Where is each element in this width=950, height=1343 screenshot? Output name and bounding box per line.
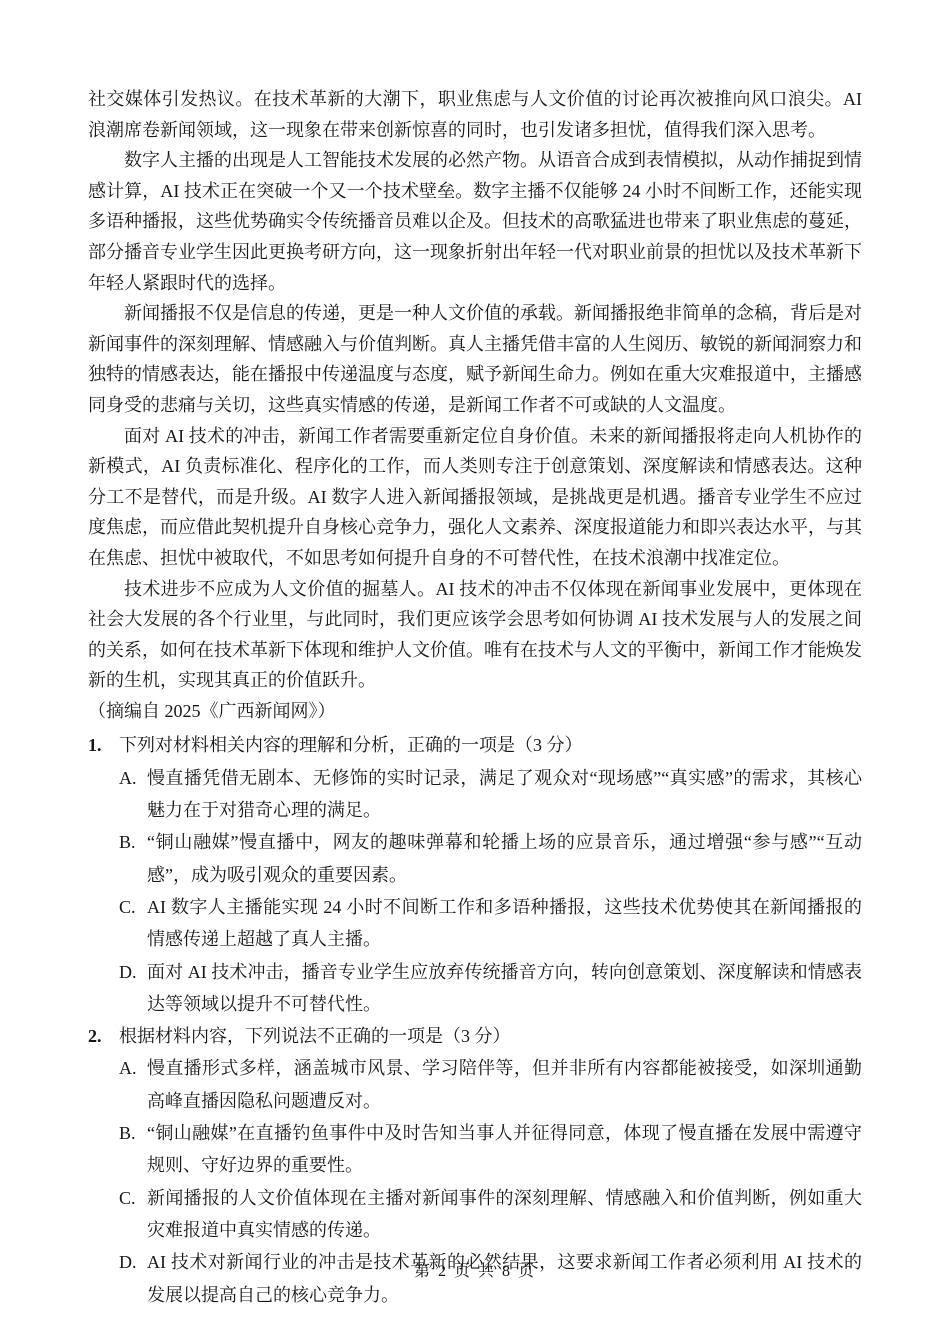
question-stem: 根据材料内容，下列说法不正确的一项是（3 分）: [119, 1020, 862, 1052]
question-2-stem-row: 2. 根据材料内容，下列说法不正确的一项是（3 分）: [88, 1020, 862, 1052]
option-text: AI 数字人主播能实现 24 小时不间断工作和多语种播报，这些技术优势使其在新闻…: [147, 891, 862, 956]
question-1-option-d: D. 面对 AI 技术冲击，播音专业学生应放弃传统播音方向，转向创意策划、深度解…: [88, 956, 862, 1021]
question-2-option-a: A. 慢直播形式多样，涵盖城市风景、学习陪伴等，但并非所有内容都能被接受，如深圳…: [88, 1052, 862, 1117]
question-1: 1. 下列对材料相关内容的理解和分析，正确的一项是（3 分） A. 慢直播凭借无…: [88, 729, 862, 1020]
option-text: 慢直播形式多样，涵盖城市风景、学习陪伴等，但并非所有内容都能被接受，如深圳通勤高…: [147, 1052, 862, 1117]
option-label: A.: [119, 762, 147, 827]
question-number: 2.: [88, 1020, 119, 1052]
option-text: 面对 AI 技术冲击，播音专业学生应放弃传统播音方向，转向创意策划、深度解读和情…: [147, 956, 862, 1021]
option-label: D.: [119, 956, 147, 1021]
question-2-option-c: C. 新闻播报的人文价值体现在主播对新闻事件的深刻理解、情感融入和价值判断，例如…: [88, 1182, 862, 1247]
page-footer: 第 2 页 共 8 页: [0, 1258, 950, 1281]
questions-section: 1. 下列对材料相关内容的理解和分析，正确的一项是（3 分） A. 慢直播凭借无…: [88, 729, 862, 1310]
passage-paragraph: 技术进步不应成为人文价值的掘墓人。AI 技术的冲击不仅体现在新闻事业发展中，更体…: [88, 574, 862, 696]
passage-paragraph: 面对 AI 技术的冲击，新闻工作者需要重新定位自身价值。未来的新闻播报将走向人机…: [88, 421, 862, 574]
reading-passage: 社交媒体引发热议。在技术革新的大潮下，职业焦虑与人文价值的讨论再次被推向风口浪尖…: [88, 84, 862, 726]
option-text: “铜山融媒”慢直播中，网友的趣味弹幕和轮播上场的应景音乐，通过增强“参与感”“互…: [147, 826, 862, 891]
option-text: 新闻播报的人文价值体现在主播对新闻事件的深刻理解、情感融入和价值判断，例如重大灾…: [147, 1182, 862, 1247]
option-label: C.: [119, 891, 147, 956]
question-1-option-a: A. 慢直播凭借无剧本、无修饰的实时记录，满足了观众对“现场感”“真实感”的需求…: [88, 762, 862, 827]
passage-attribution: （摘编自 2025《广西新闻网》）: [88, 696, 862, 727]
page-content: 社交媒体引发热议。在技术革新的大潮下，职业焦虑与人文价值的讨论再次被推向风口浪尖…: [88, 84, 862, 1311]
question-number: 1.: [88, 729, 119, 761]
option-label: B.: [119, 1117, 147, 1182]
question-2-option-b: B. “铜山融媒”在直播钓鱼事件中及时告知当事人并征得同意，体现了慢直播在发展中…: [88, 1117, 862, 1182]
passage-paragraph: 新闻播报不仅是信息的传递，更是一种人文价值的承载。新闻播报绝非简单的念稿，背后是…: [88, 298, 862, 420]
option-label: B.: [119, 826, 147, 891]
option-text: 慢直播凭借无剧本、无修饰的实时记录，满足了观众对“现场感”“真实感”的需求，其核…: [147, 762, 862, 827]
option-label: C.: [119, 1182, 147, 1247]
question-stem: 下列对材料相关内容的理解和分析，正确的一项是（3 分）: [119, 729, 862, 761]
question-1-option-b: B. “铜山融媒”慢直播中，网友的趣味弹幕和轮播上场的应景音乐，通过增强“参与感…: [88, 826, 862, 891]
question-1-stem-row: 1. 下列对材料相关内容的理解和分析，正确的一项是（3 分）: [88, 729, 862, 761]
option-label: A.: [119, 1052, 147, 1117]
passage-paragraph: 数字人主播的出现是人工智能技术发展的必然产物。从语音合成到表情模拟，从动作捕捉到…: [88, 145, 862, 298]
passage-paragraph: 社交媒体引发热议。在技术革新的大潮下，职业焦虑与人文价值的讨论再次被推向风口浪尖…: [88, 84, 862, 145]
question-1-option-c: C. AI 数字人主播能实现 24 小时不间断工作和多语种播报，这些技术优势使其…: [88, 891, 862, 956]
option-text: “铜山融媒”在直播钓鱼事件中及时告知当事人并征得同意，体现了慢直播在发展中需遵守…: [147, 1117, 862, 1182]
exam-paper-page: 社交媒体引发热议。在技术革新的大潮下，职业焦虑与人文价值的讨论再次被推向风口浪尖…: [0, 0, 950, 1343]
